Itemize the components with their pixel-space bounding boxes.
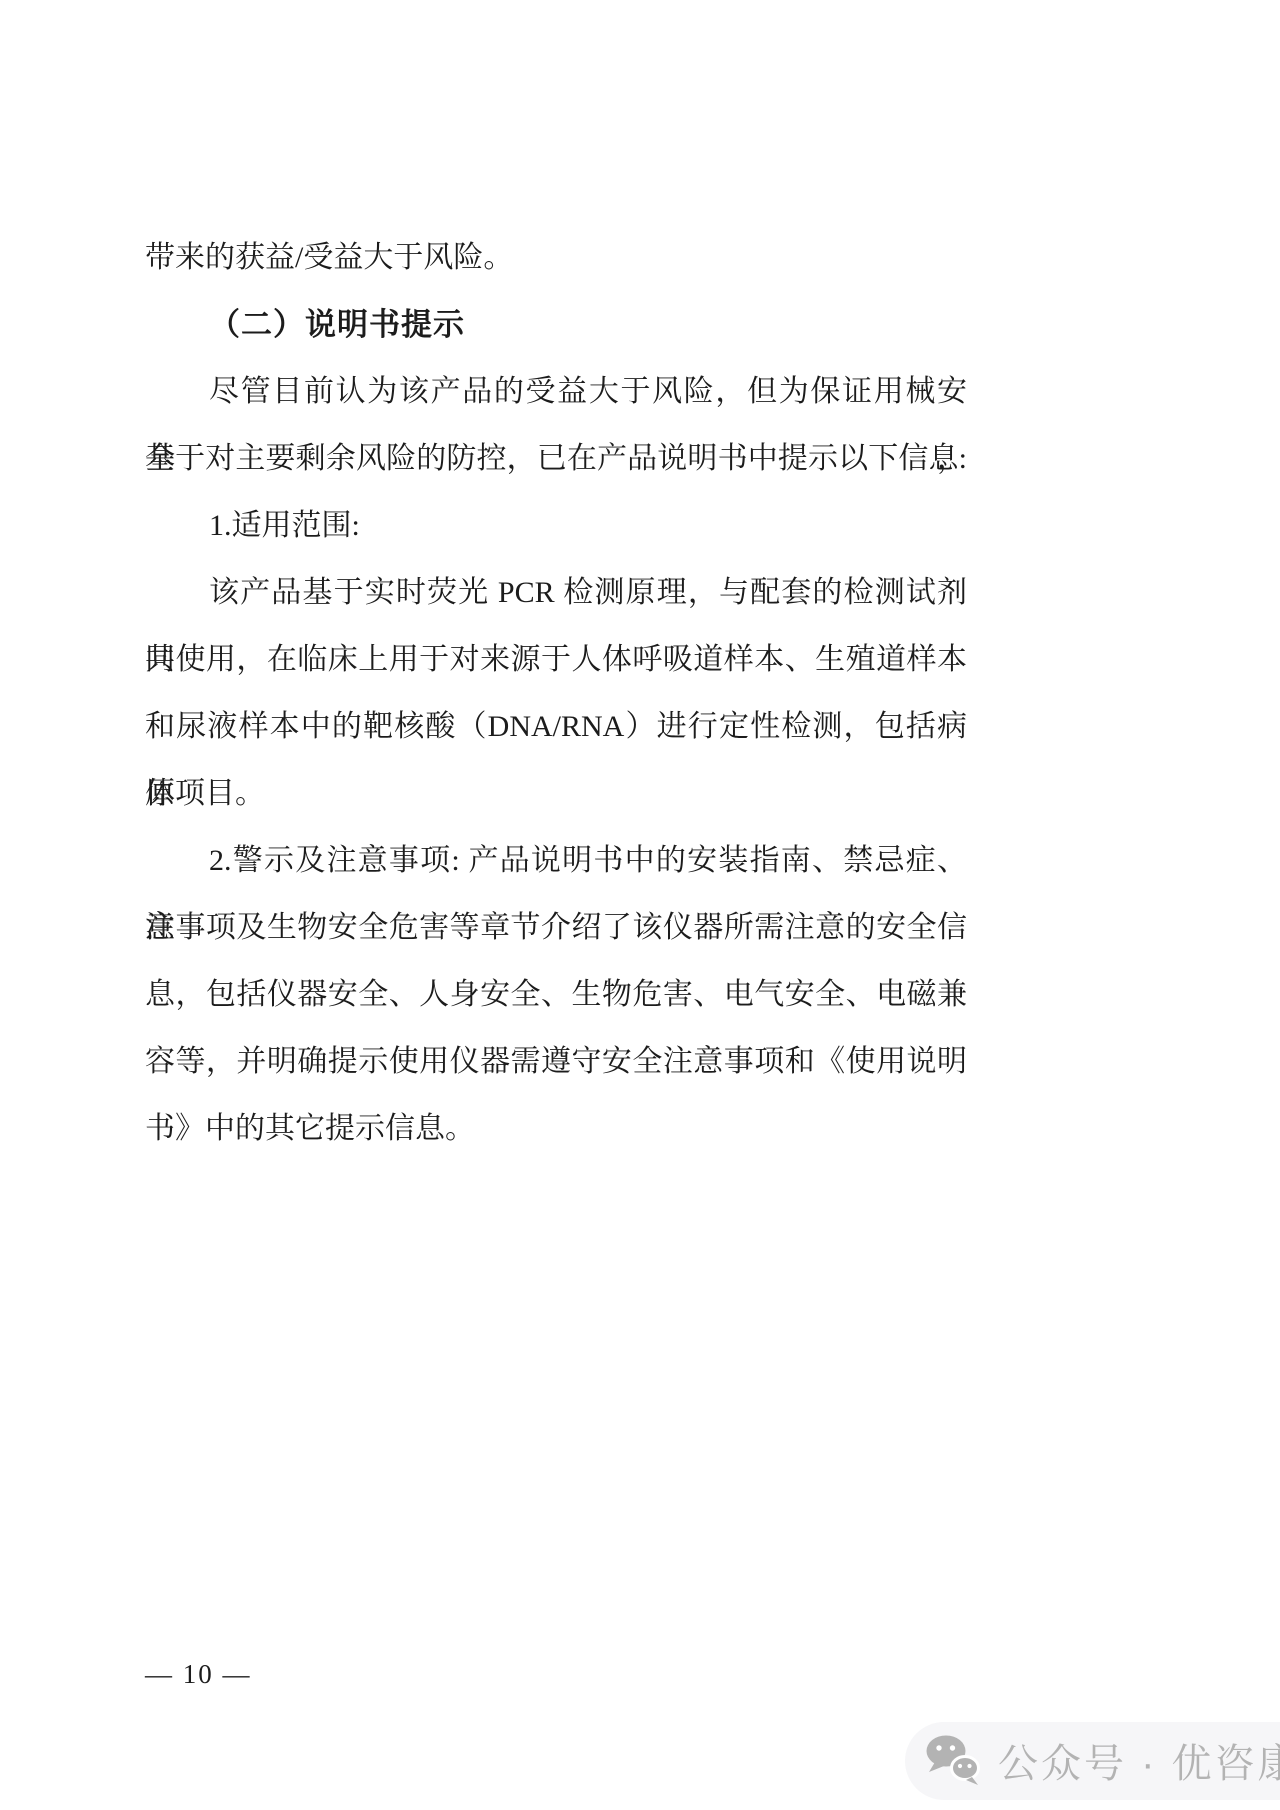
watermark: 公众号 · 优咨康 bbox=[922, 1728, 1280, 1792]
wechat-icon bbox=[922, 1733, 984, 1787]
text-line: 带来的获益/受益大于风险。 bbox=[145, 224, 967, 291]
text-line: 该产品基于实时荧光 PCR 检测原理，与配套的检测试剂共 bbox=[145, 559, 967, 626]
text-line: 基于对主要剩余风险的防控，已在产品说明书中提示以下信息: bbox=[145, 425, 967, 492]
text-line: 1.适用范围: bbox=[145, 492, 967, 559]
section-heading: （二）说明书提示 bbox=[145, 291, 967, 358]
text-line: 息，包括仪器安全、人身安全、生物危害、电气安全、电磁兼 bbox=[145, 961, 967, 1028]
text-line: 尽管目前认为该产品的受益大于风险，但为保证用械安全， bbox=[145, 358, 967, 425]
text-line: 意事项及生物安全危害等章节介绍了该仪器所需注意的安全信 bbox=[145, 894, 967, 961]
text-line: 2.警示及注意事项: 产品说明书中的安装指南、禁忌症、注 bbox=[145, 827, 967, 894]
text-line: 体项目。 bbox=[145, 760, 967, 827]
page-number: — 10 — bbox=[145, 1652, 252, 1696]
page-root: { "doc": { "lines": [ {"text": "带来的获益/受益… bbox=[0, 0, 1280, 1810]
text-line: 同使用，在临床上用于对来源于人体呼吸道样本、生殖道样本 bbox=[145, 626, 967, 693]
document-body: 带来的获益/受益大于风险。（二）说明书提示尽管目前认为该产品的受益大于风险，但为… bbox=[145, 224, 967, 1162]
watermark-label: 公众号 · 优咨康 bbox=[998, 1732, 1280, 1789]
text-line: 书》中的其它提示信息。 bbox=[145, 1095, 967, 1162]
text-line: 和尿液样本中的靶核酸（DNA/RNA）进行定性检测，包括病原 bbox=[145, 693, 967, 760]
text-line: 容等，并明确提示使用仪器需遵守安全注意事项和《使用说明 bbox=[145, 1028, 967, 1095]
